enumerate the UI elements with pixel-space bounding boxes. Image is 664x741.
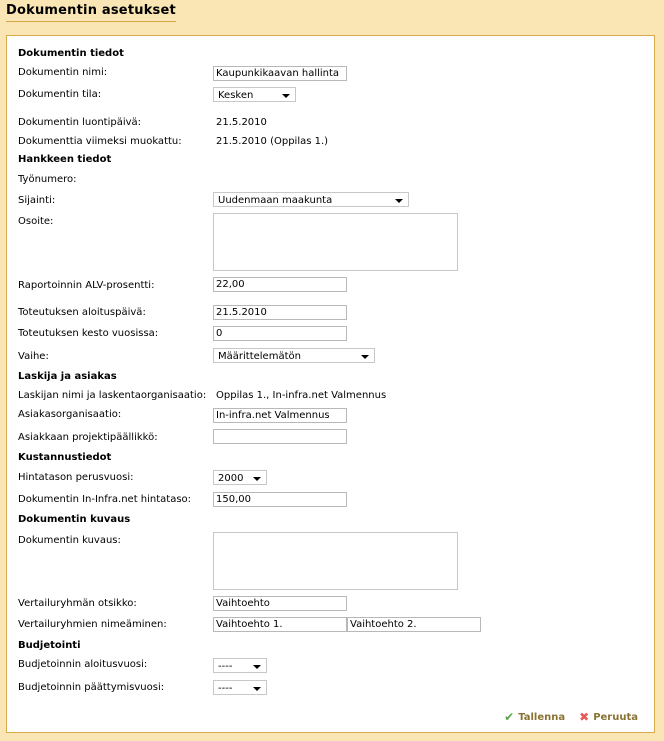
duration-input[interactable]: 0 xyxy=(213,326,347,341)
start-date-label: Toteutuksen aloituspäivä: xyxy=(18,306,146,320)
close-icon: ✖ xyxy=(579,710,589,724)
budget-end-value: ---- xyxy=(218,683,232,694)
save-label: Tallenna xyxy=(518,712,565,723)
doc-status-label: Dokumentin tila: xyxy=(18,88,101,102)
client-org-input[interactable]: In-infra.net Valmennus xyxy=(213,408,347,423)
vat-label: Raportoinnin ALV-prosentti: xyxy=(18,279,154,293)
created-label: Dokumentin luontipäivä: xyxy=(18,116,141,130)
form-actions: ✔ Tallenna ✖ Peruuta xyxy=(504,710,638,724)
base-year-select[interactable]: 2000 xyxy=(213,470,267,485)
doc-description-textarea[interactable] xyxy=(213,532,458,590)
vat-input[interactable]: 22,00 xyxy=(213,277,347,292)
section-costs: Kustannustiedot xyxy=(18,451,111,465)
created-value: 21.5.2010 xyxy=(216,116,267,130)
base-year-value: 2000 xyxy=(218,473,243,484)
doc-status-select[interactable]: Kesken xyxy=(213,87,296,102)
base-year-label: Hintatason perusvuosi: xyxy=(18,471,133,485)
cancel-button[interactable]: ✖ Peruuta xyxy=(579,710,638,724)
duration-label: Toteutuksen kesto vuosissa: xyxy=(18,327,158,341)
cancel-label: Peruuta xyxy=(593,712,638,723)
modified-label: Dokumenttia viimeksi muokattu: xyxy=(18,135,182,149)
save-button[interactable]: ✔ Tallenna xyxy=(504,710,565,724)
chevron-down-icon xyxy=(395,199,403,203)
group-title-input[interactable]: Vaihtoehto xyxy=(213,596,347,611)
page-title: Dokumentin asetukset xyxy=(6,3,176,22)
budget-start-value: ---- xyxy=(218,661,232,672)
chevron-down-icon xyxy=(253,665,261,669)
section-billing: Laskija ja asiakas xyxy=(18,370,117,384)
doc-name-input[interactable]: Kaupunkikaavan hallinta xyxy=(213,66,347,81)
group-name-1-input[interactable]: Vaihtoehto 1. xyxy=(213,617,347,632)
check-icon: ✔ xyxy=(504,710,514,724)
location-value: Uudenmaan maakunta xyxy=(218,195,332,206)
biller-value: Oppilas 1., In-infra.net Valmennus xyxy=(216,389,386,403)
budget-start-select[interactable]: ---- xyxy=(213,658,267,673)
biller-label: Laskijan nimi ja laskentaorganisaatio: xyxy=(18,389,206,403)
doc-description-label: Dokumentin kuvaus: xyxy=(18,534,121,548)
section-project-info: Hankkeen tiedot xyxy=(18,153,111,167)
budget-start-label: Budjetoinnin aloitusvuosi: xyxy=(18,658,147,672)
group-names-label: Vertailuryhmien nimeäminen: xyxy=(18,618,167,632)
phase-select[interactable]: Määrittelemätön xyxy=(213,348,375,363)
price-level-label: Dokumentin In-Infra.net hintataso: xyxy=(18,493,191,507)
location-select[interactable]: Uudenmaan maakunta xyxy=(213,192,409,207)
location-label: Sijainti: xyxy=(18,194,55,208)
section-budget: Budjetointi xyxy=(18,639,81,653)
client-pm-input[interactable] xyxy=(213,429,347,444)
group-name-2-input[interactable]: Vaihtoehto 2. xyxy=(347,617,481,632)
doc-status-value: Kesken xyxy=(218,90,253,101)
chevron-down-icon xyxy=(253,687,261,691)
budget-end-select[interactable]: ---- xyxy=(213,680,267,695)
price-level-input[interactable]: 150,00 xyxy=(213,492,347,507)
client-pm-label: Asiakkaan projektipäällikkö: xyxy=(18,431,158,445)
chevron-down-icon xyxy=(282,94,290,98)
start-date-input[interactable]: 21.5.2010 xyxy=(213,305,347,320)
address-label: Osoite: xyxy=(18,215,53,229)
phase-label: Vaihe: xyxy=(18,350,49,364)
chevron-down-icon xyxy=(361,355,369,359)
section-description: Dokumentin kuvaus xyxy=(18,513,130,527)
settings-panel: Dokumentin tiedot Dokumentin nimi: Kaupu… xyxy=(6,35,655,733)
address-textarea[interactable] xyxy=(213,213,458,271)
doc-name-label: Dokumentin nimi: xyxy=(18,66,107,80)
modified-value: 21.5.2010 (Oppilas 1.) xyxy=(216,135,328,149)
chevron-down-icon xyxy=(253,477,261,481)
work-number-label: Työnumero: xyxy=(18,173,77,187)
budget-end-label: Budjetoinnin päättymisvuosi: xyxy=(18,681,164,695)
client-org-label: Asiakasorganisaatio: xyxy=(18,408,121,422)
phase-value: Määrittelemätön xyxy=(218,351,301,362)
group-title-label: Vertailuryhmän otsikko: xyxy=(18,597,137,611)
section-doc-info: Dokumentin tiedot xyxy=(18,47,124,61)
